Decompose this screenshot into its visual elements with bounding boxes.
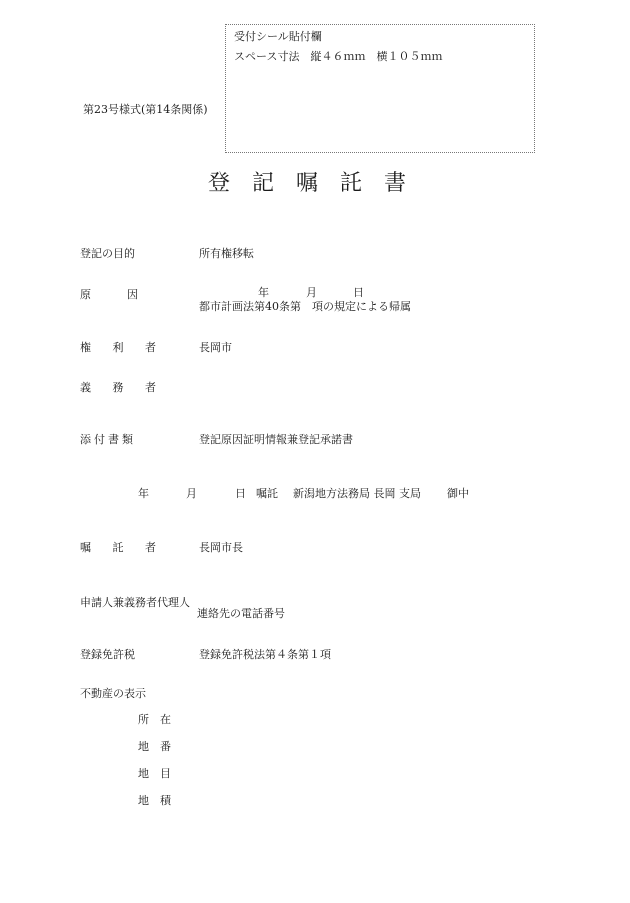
right-holder-label: 権 利 者 xyxy=(80,341,165,354)
property-land-category-label: 地 目 xyxy=(138,767,171,780)
agent-label: 申請人兼義務者代理人 xyxy=(80,596,190,609)
registration-tax-label: 登録免許税 xyxy=(80,648,135,661)
property-location-label: 所 在 xyxy=(138,713,171,726)
receipt-seal-box: 受付シール貼付欄 スペース寸法 縦４６ｍｍ 横１０５ｍｍ xyxy=(225,24,535,153)
commissioner-label: 嘱 託 者 xyxy=(80,541,165,554)
commission-year: 年 xyxy=(138,487,149,500)
cause-date-month: 月 xyxy=(306,286,317,299)
cause-date-year: 年 xyxy=(258,286,269,299)
commissioner-value: 長岡市長 xyxy=(199,541,243,554)
commission-action: 嘱託 xyxy=(256,487,278,500)
obligor-label: 義 務 者 xyxy=(80,381,165,394)
cause-label-a: 原 xyxy=(80,288,91,301)
seal-box-dimensions: スペース寸法 縦４６ｍｍ 横１０５ｍｍ xyxy=(234,50,442,63)
attachments-label: 添付書類 xyxy=(80,433,136,446)
cause-date-day: 日 xyxy=(353,286,364,299)
commission-office: 新潟地方法務局 長岡 支局 xyxy=(293,487,421,500)
document-title: 登記嘱託書 xyxy=(208,171,428,197)
attachments-value: 登記原因証明情報兼登記承諾書 xyxy=(199,433,353,446)
right-holder-value: 長岡市 xyxy=(199,341,232,354)
property-lot-number-label: 地 番 xyxy=(138,740,171,753)
cause-value: 都市計画法第40条第 項の規定による帰属 xyxy=(199,300,411,313)
cause-label-b: 因 xyxy=(127,288,138,301)
form-number: 第23号様式(第14条関係) xyxy=(83,103,208,116)
commission-month: 月 xyxy=(186,487,197,500)
property-area-label: 地 積 xyxy=(138,794,171,807)
purpose-value: 所有権移転 xyxy=(199,247,254,260)
purpose-label: 登記の目的 xyxy=(80,247,135,260)
registration-tax-value: 登録免許税法第４条第１項 xyxy=(199,648,331,661)
commission-day: 日 xyxy=(235,487,246,500)
seal-box-title: 受付シール貼付欄 xyxy=(234,30,322,43)
agent-phone-label: 連絡先の電話番号 xyxy=(197,607,285,620)
commission-honorific: 御中 xyxy=(447,487,469,500)
property-label: 不動産の表示 xyxy=(80,687,146,700)
